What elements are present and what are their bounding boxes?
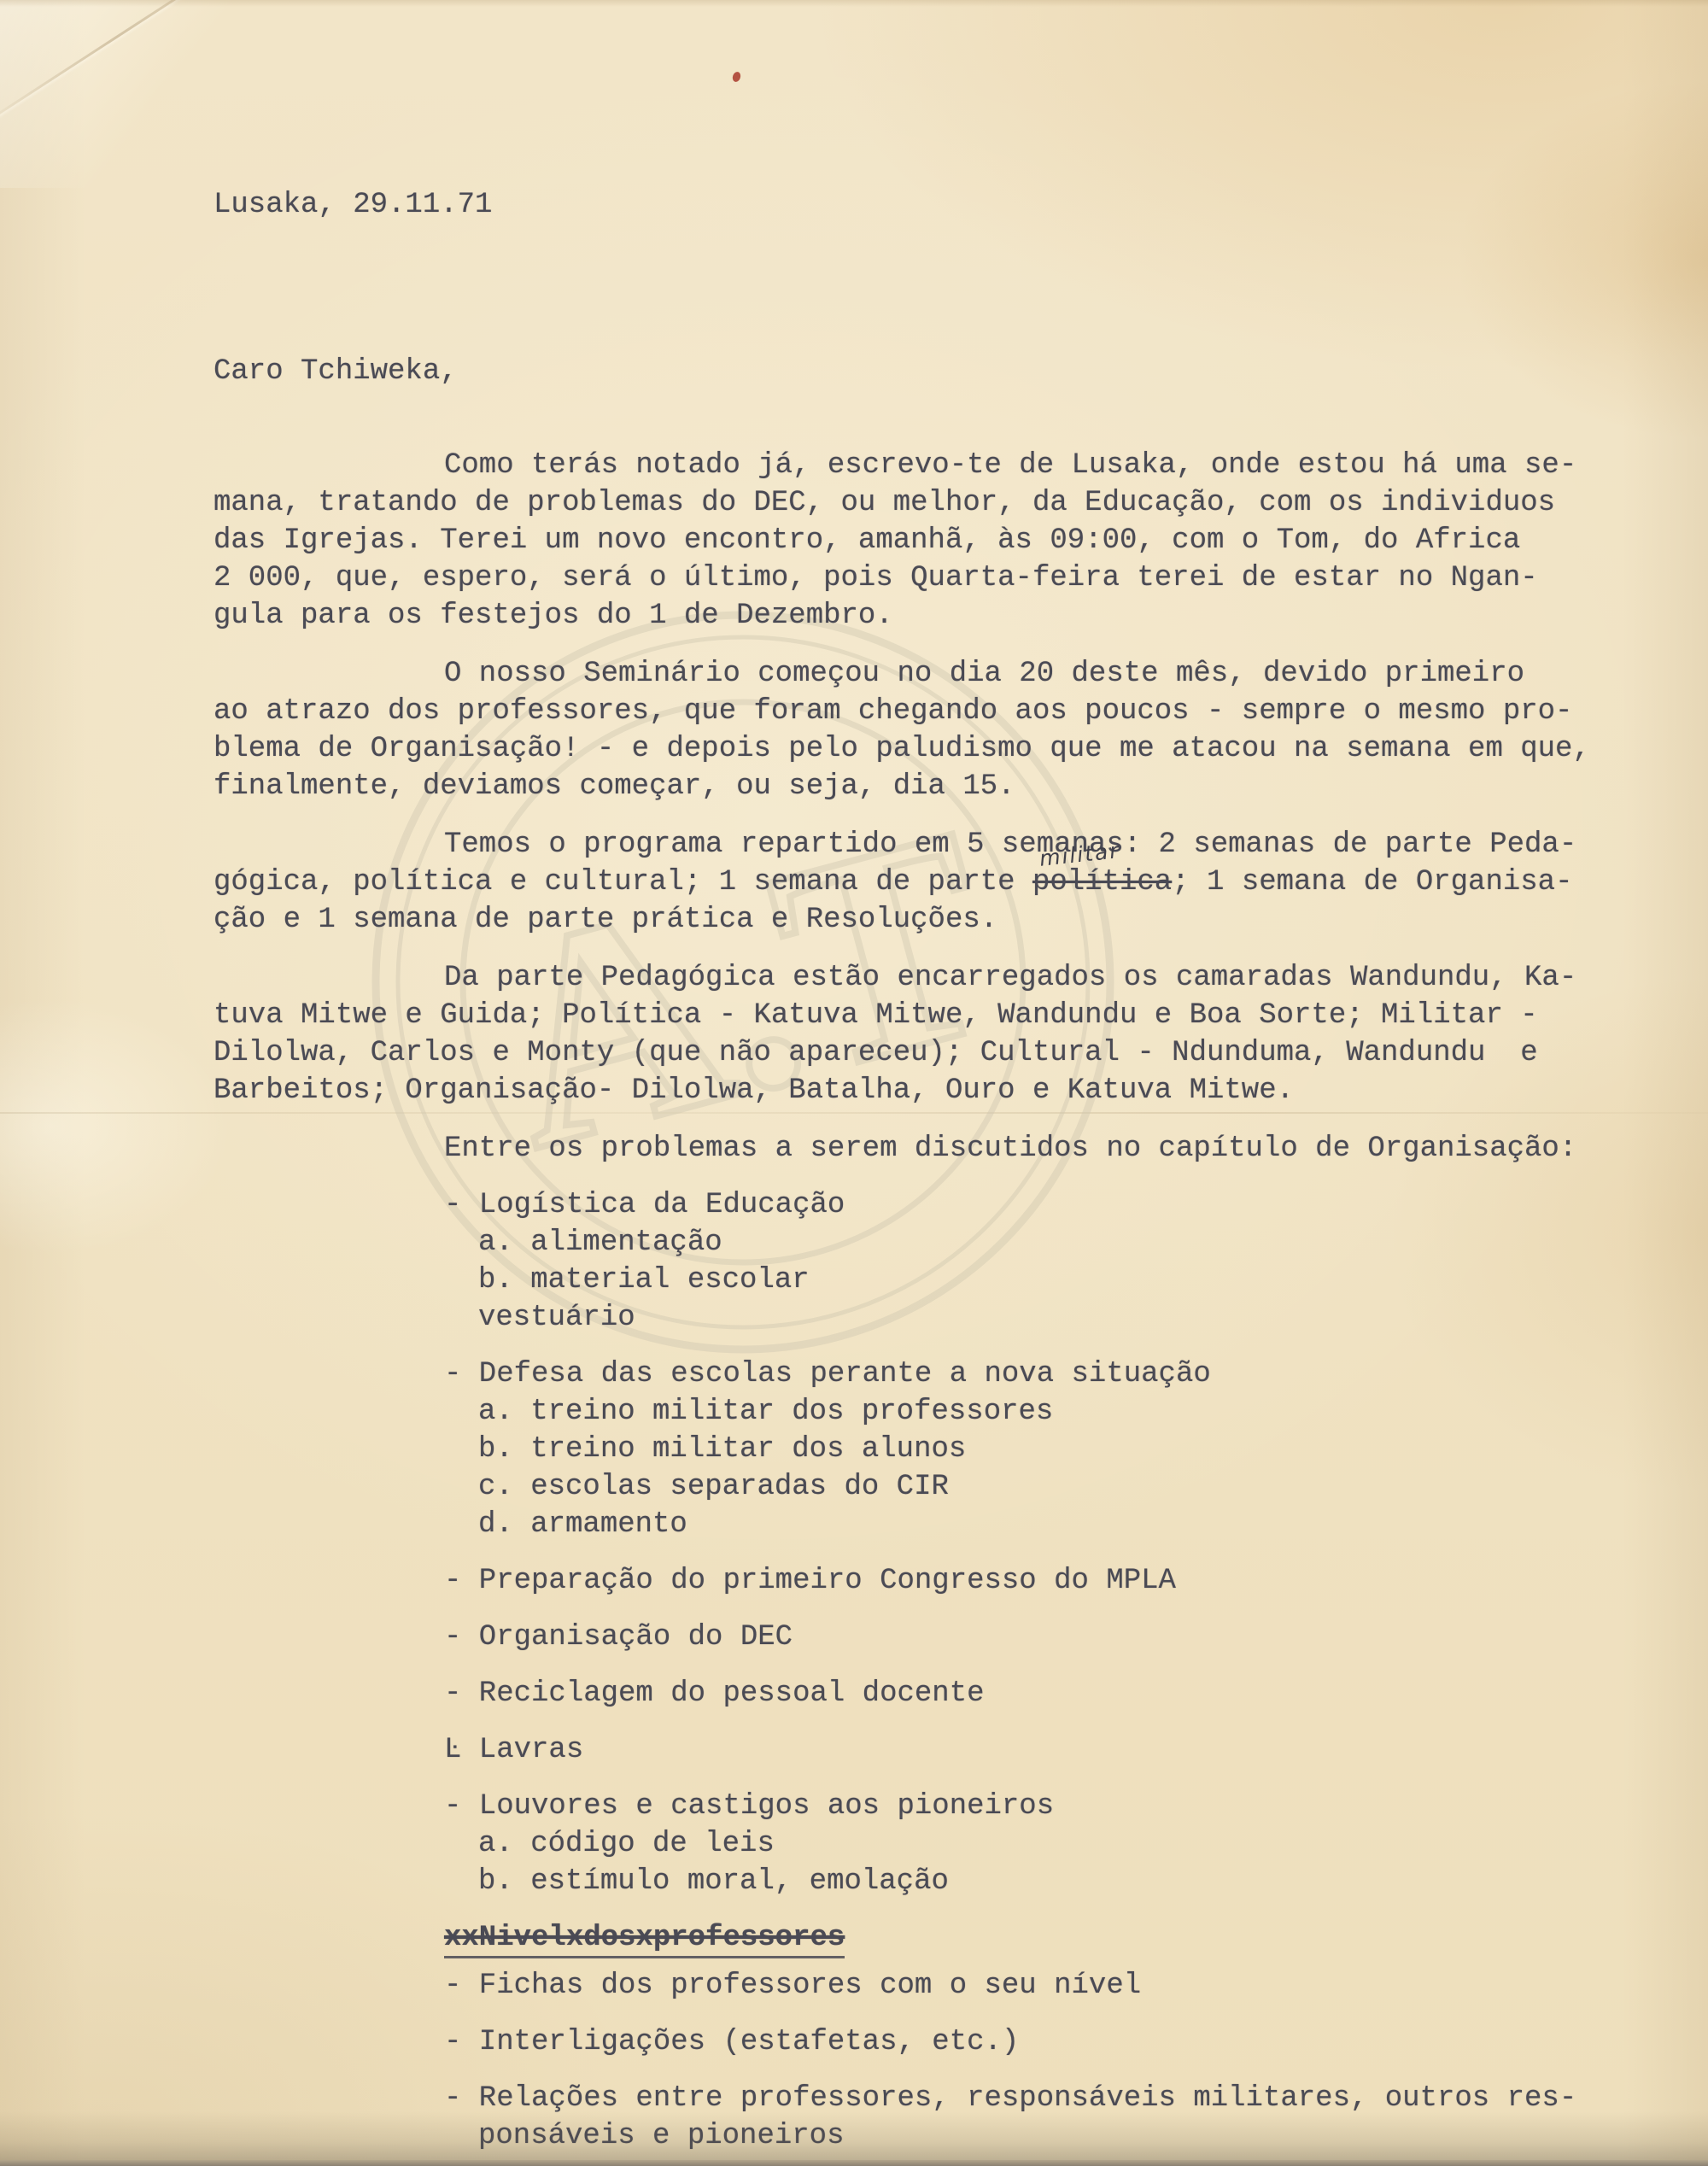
letter-body: Lusaka, 29.11.71Caro Tchiweka,Como terás…: [213, 186, 1665, 2155]
letter-line: Temos o programa repartido em 5 semanas:…: [213, 826, 1665, 863]
dateline: Lusaka, 29.11.71: [213, 186, 1665, 224]
letter-line: - Defesa das escolas perante a nova situ…: [213, 1355, 1665, 1393]
paper-corner-fold: [0, 0, 248, 188]
letter-line: Da parte Pedagógica estão encarregados o…: [213, 959, 1665, 997]
red-ink-speck: [731, 71, 741, 83]
letter-line: xxNivelxdosxprofessores: [213, 1919, 1665, 1957]
letter-line: gula para os festejos do 1 de Dezembro.: [213, 597, 1665, 635]
letter-line: - Fichas dos professores com o seu nível: [213, 1967, 1665, 2005]
letter-line: mana, tratando de problemas do DEC, ou m…: [213, 484, 1665, 522]
struck-line: xxNivelxdosxprofessores: [444, 1922, 845, 1958]
letter-line: b. treino militar dos alunos: [213, 1431, 1665, 1468]
letter-line: - Reciclagem do pessoal docente: [213, 1675, 1665, 1712]
letter-line: Entre os problemas a serem discutidos no…: [213, 1130, 1665, 1168]
letter-line: - Preparação do primeiro Congresso do MP…: [213, 1562, 1665, 1600]
letter-line: c. escolas separadas do CIR: [213, 1468, 1665, 1506]
paper-bottom-shadow: [0, 2111, 1708, 2166]
letter-line: ao atrazo dos professores, que foram che…: [213, 693, 1665, 730]
scanned-letter-page: A.T Lusaka, 29.11.71Caro Tchiweka,Como t…: [0, 0, 1708, 2166]
letter-line: vestuário: [213, 1299, 1665, 1337]
salutation: Caro Tchiweka,: [213, 353, 1665, 390]
letter-line: - Louvores e castigos aos pioneiros: [213, 1788, 1665, 1825]
letter-line: a. alimentação: [213, 1224, 1665, 1262]
letter-line: a. treino militar dos professores: [213, 1393, 1665, 1431]
paper-top-edge-shading: [0, 0, 1708, 7]
letter-line: b. estímulo moral, emolação: [213, 1863, 1665, 1900]
letter-line: O nosso Seminário começou no dia 20 dest…: [213, 655, 1665, 693]
letter-line: Barbeitos; Organisação- Dilolwa, Batalha…: [213, 1072, 1665, 1109]
letter-line: 2 000, que, espero, será o último, pois …: [213, 559, 1665, 597]
text-segment: gógica, política e cultural; 1 semana de…: [213, 866, 1032, 899]
letter-line: blema de Organisação! - e depois pelo pa…: [213, 730, 1665, 768]
struck-word: políticamilitar: [1032, 866, 1172, 899]
letter-line: - Logística da Educação: [213, 1186, 1665, 1224]
letter-line: ção e 1 semana de parte prática e Resolu…: [213, 901, 1665, 939]
letter-line: a. código de leis: [213, 1825, 1665, 1863]
letter-line: Como terás notado já, escrevo-te de Lusa…: [213, 447, 1665, 484]
letter-line: - Organisação do DEC: [213, 1619, 1665, 1656]
letter-line: Ŀ Lavras: [213, 1731, 1665, 1769]
letter-line: Dilolwa, Carlos e Monty (que não aparece…: [213, 1034, 1665, 1072]
letter-line: tuva Mitwe e Guida; Política - Katuva Mi…: [213, 997, 1665, 1034]
paper-bottom-edge: [0, 2160, 1708, 2166]
text-segment: ; 1 semana de Organisa-: [1172, 866, 1572, 899]
letter-line: - Interligações (estafetas, etc.): [213, 2023, 1665, 2061]
letter-line: finalmente, deviamos começar, ou seja, d…: [213, 768, 1665, 805]
letter-line: das Igrejas. Terei um novo encontro, ama…: [213, 522, 1665, 559]
letter-line: d. armamento: [213, 1506, 1665, 1543]
letter-line: gógica, política e cultural; 1 semana de…: [213, 863, 1665, 901]
letter-line: b. material escolar: [213, 1262, 1665, 1299]
